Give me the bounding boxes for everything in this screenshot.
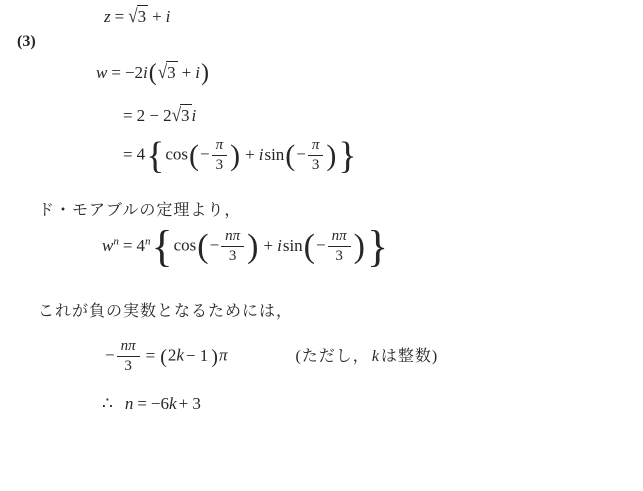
var-z: z [104,7,111,26]
lhs-w-power-n: wn [102,236,119,255]
right-brace: } [367,227,388,267]
denominator: 3 [328,247,351,265]
right-paren: ) [230,142,240,169]
denominator: 3 [117,357,140,375]
minus-sign: − [316,236,326,255]
right-brace: } [338,139,356,173]
minus-sign: − [296,145,306,164]
var-w: w [96,63,107,82]
numerator: nπ [117,338,140,357]
minus-sign: − [105,346,115,365]
var-i: i [259,145,264,164]
right-paren: ) [201,63,209,85]
text-demoivre-theorem: ド・モアブルの定理より， [38,197,241,220]
var-n: n [125,394,134,413]
base-4-power-n: 4n [136,236,150,255]
item-label: (3) [17,33,36,51]
equals-sign: = [123,106,133,125]
equals-sign: = [137,394,147,413]
note-open: (ただし， [295,348,369,365]
equals-sign: = [146,346,156,365]
left-paren: ( [149,63,157,85]
equation-w-power-n: wn=4n{cos(−nπ3)+isin(−nπ3)} [102,227,389,267]
numerator: π [308,137,324,156]
document-page: z=√3+i (3) w=−2i(√3+i) =2 − 2√3i =4{cos(… [0,0,643,491]
fraction-n-pi-over-3: nπ3 [328,228,351,266]
right-paren: ) [211,348,218,366]
plus-sign: + [245,145,255,164]
fraction-pi-over-3: π3 [308,137,324,175]
radical-sign: √ [158,62,167,81]
equals-sign: = [115,7,125,26]
sin-function: sin [283,236,303,255]
sqrt-expression: √3 [172,107,192,124]
left-paren: ( [160,348,167,366]
text-negative-real-condition: これが負の実数となるためには， [38,298,293,321]
var-k: k [176,346,184,365]
coefficient-neg6: −6 [151,394,169,413]
var-pi: π [219,346,228,365]
cos-function: cos [174,236,197,255]
left-brace: { [151,227,172,267]
modulus: 4 [137,145,146,164]
right-paren: ) [354,232,365,263]
plus-3: + 3 [179,394,201,413]
radicand: 3 [180,104,192,125]
equation-w-polar: =4{cos(−π3)+isin(−π3)} [119,137,358,175]
var-w: w [102,236,113,255]
sqrt-expression: √3 [158,64,178,81]
equation-conclusion: ∴n=−6k+ 3 [102,394,203,414]
left-paren: ( [285,142,295,169]
exponent-n: n [113,235,119,247]
equation-w-definition: w=−2i(√3+i) [96,63,210,85]
denominator: 3 [221,247,244,265]
right-paren: ) [247,232,258,263]
base-4: 4 [136,236,145,255]
left-paren: ( [189,142,199,169]
real-part: 2 − 2 [137,106,172,125]
fraction-n-pi-over-3: nπ3 [221,228,244,266]
exponent-n: n [145,235,151,247]
radicand: 3 [166,61,178,82]
numerator: nπ [328,228,351,247]
equation-z: z=√3+i [104,7,170,27]
var-i: i [192,106,197,125]
radical-sign: √ [128,6,137,25]
numerator: nπ [221,228,244,247]
radicand: 3 [137,5,149,26]
radical-sign: √ [172,105,181,124]
sqrt-expression: √3 [128,8,148,25]
var-i: i [277,236,282,255]
note-close: は整数) [381,348,438,365]
equation-w-rectangular: =2 − 2√3i [119,106,196,126]
cos-function: cos [165,145,188,164]
coefficient: −2 [125,63,143,82]
sin-function: sin [264,145,284,164]
plus-sign: + [182,63,192,82]
fraction-n-pi-over-3: nπ3 [117,338,140,376]
var-i: i [143,63,148,82]
denominator: 3 [308,156,324,174]
fraction-pi-over-3: π3 [212,137,228,175]
var-i: i [195,63,200,82]
numerator: π [212,137,228,156]
minus-sign: − [200,145,210,164]
equals-sign: = [111,63,121,82]
plus-sign: + [152,7,162,26]
integer-condition-note: (ただし，kは整数) [295,348,438,365]
minus-one: − 1 [186,346,208,365]
left-paren: ( [304,232,315,263]
var-k: k [372,348,379,365]
left-brace: { [146,139,164,173]
equals-sign: = [123,145,133,164]
equals-sign: = [123,236,133,255]
plus-sign: + [264,236,274,255]
equation-angle-condition: −nπ3=(2k− 1)π(ただし，kは整数) [105,338,438,376]
i-sin-term: isin [277,236,303,255]
var-k: k [169,394,177,413]
i-sin-term: isin [259,145,285,164]
therefore-symbol: ∴ [102,394,113,413]
right-paren: ) [326,142,336,169]
left-paren: ( [197,232,208,263]
denominator: 3 [212,156,228,174]
minus-sign: − [210,236,220,255]
var-i: i [166,7,171,26]
